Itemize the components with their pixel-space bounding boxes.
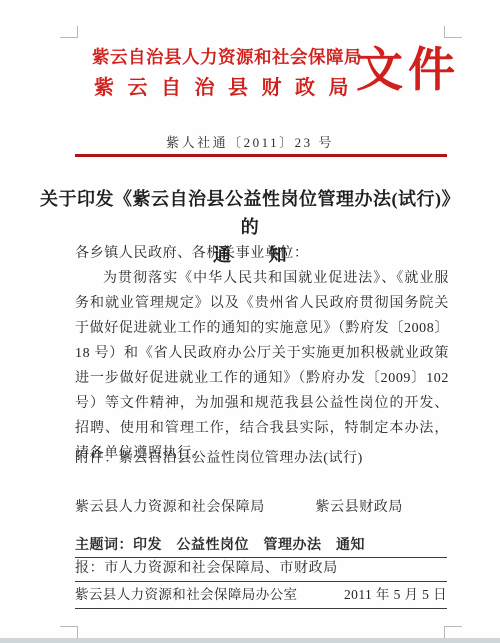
letterhead-org-line-2: 紫云自治县财政局 [94, 71, 362, 100]
signature-left-org: 紫云县人力资源和社会保障局 [75, 496, 265, 516]
letterhead-org-line-1: 紫云自治县人力资源和社会保障局 [92, 44, 362, 69]
subject-label: 主题词： [75, 536, 133, 552]
issuer-row: 紫云县人力资源和社会保障局办公室 2011 年 5 月 5 日 [75, 586, 447, 609]
text-boundary-mark-bottom-right [444, 626, 462, 638]
greeting-line: 各乡镇人民政府、各机关事业单位： [75, 241, 449, 266]
body-paragraph: 为贯彻落实《中华人民共和国就业促进法》、《就业服务和就业管理规定》以及《贵州省人… [75, 266, 449, 466]
text-boundary-mark-top-left [60, 26, 78, 38]
document-number: 紫人社通〔2011〕23 号 [0, 132, 500, 151]
letterhead-doc-type-label: 文件 [356, 42, 460, 98]
subject-keywords-row: 主题词：印发 公益性岗位 管理办法 通知 [75, 535, 447, 558]
document-title-line-1: 关于印发《紫云自治县公益性岗位管理办法(试行)》的 [40, 185, 460, 241]
subject-terms: 印发 公益性岗位 管理办法 通知 [133, 536, 365, 552]
signature-row: 紫云县人力资源和社会保障局 紫云县财政局 [75, 496, 447, 516]
issue-date: 2011 年 5 月 5 日 [344, 586, 447, 604]
attachment-line: 附件：紫云自治县公益性岗位管理办法(试行) [75, 447, 449, 467]
red-separator-rule [75, 154, 447, 157]
signature-right-org: 紫云县财政局 [315, 496, 403, 516]
text-boundary-mark-top-right [444, 26, 462, 38]
issuer-office: 紫云县人力资源和社会保障局办公室 [75, 586, 297, 604]
page-bottom-edge [0, 638, 500, 643]
document-body: 各乡镇人民政府、各机关事业单位： 为贯彻落实《中华人民共和国就业促进法》、《就业… [75, 241, 449, 466]
text-boundary-mark-bottom-left [60, 626, 78, 638]
official-document-page: 紫云自治县人力资源和社会保障局 紫云自治县财政局 文件 紫人社通〔2011〕23… [0, 0, 500, 643]
report-to-row: 报：市人力资源和社会保障局、市财政局 [75, 560, 447, 582]
